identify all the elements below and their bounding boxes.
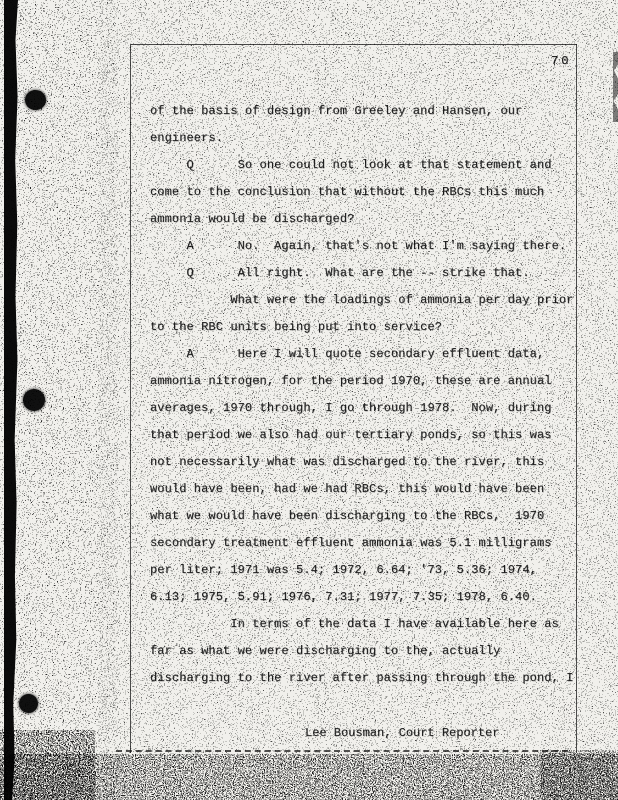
transcript-line: In terms of the data I have available he… (150, 611, 573, 638)
transcript-line: of the basis of design from Greeley and … (150, 98, 573, 125)
transcript-line: Q All right. What are the -- strike that… (150, 260, 573, 287)
binder-hole-bottom (19, 694, 38, 713)
transcript-line: come to the conclusion that without the … (150, 179, 573, 206)
transcript-line: far as what we were discharging to the, … (150, 638, 573, 665)
footer-rule-line (116, 750, 568, 752)
transcript-line: ammonia nitrogen, for the period 1970, t… (150, 368, 573, 395)
scan-edge-strip (4, 0, 18, 800)
transcript-line: What were the loadings of ammonia per da… (150, 287, 573, 314)
transcript-line: Q So one could not look at that statemen… (150, 152, 573, 179)
court-reporter-signature: Lee Bousman, Court Reporter (305, 726, 499, 740)
page-number: 70 (551, 54, 571, 68)
scan-edge-mark-right (613, 52, 618, 122)
scanned-transcript-page: 70 of the basis of design from Greeley a… (0, 0, 618, 800)
transcript-line: discharging to the river after passing t… (150, 665, 573, 692)
transcript-line: would have been, had we had RBCs, this w… (150, 476, 573, 503)
transcript-line: engineers. (150, 125, 573, 152)
transcript-line: to the RBC units being put into service? (150, 314, 573, 341)
transcript-line: 6.13; 1975, 5.91; 1976, 7.31; 1977, 7.35… (150, 584, 573, 611)
transcript-line: what we would have been discharging to t… (150, 503, 573, 530)
binder-hole-middle (23, 389, 45, 411)
binder-hole-top (25, 90, 46, 110)
transcript-line: not necessarily what was discharged to t… (150, 449, 573, 476)
transcript-line: secondary treatment effluent ammonia was… (150, 530, 573, 557)
transcript-line: ammonia would be discharged? (150, 206, 573, 233)
transcript-line: that period we also had our tertiary pon… (150, 422, 573, 449)
transcript-line: averages, 1970 through, I go through 197… (150, 395, 573, 422)
transcript-line: per liter; 1971 was 5.4; 1972, 6.64; '73… (150, 557, 573, 584)
transcript-line: A No. Again, that's not what I'm saying … (150, 233, 573, 260)
transcript-line: A Here I will quote secondary effluent d… (150, 341, 573, 368)
transcript-text: of the basis of design from Greeley and … (150, 98, 573, 692)
